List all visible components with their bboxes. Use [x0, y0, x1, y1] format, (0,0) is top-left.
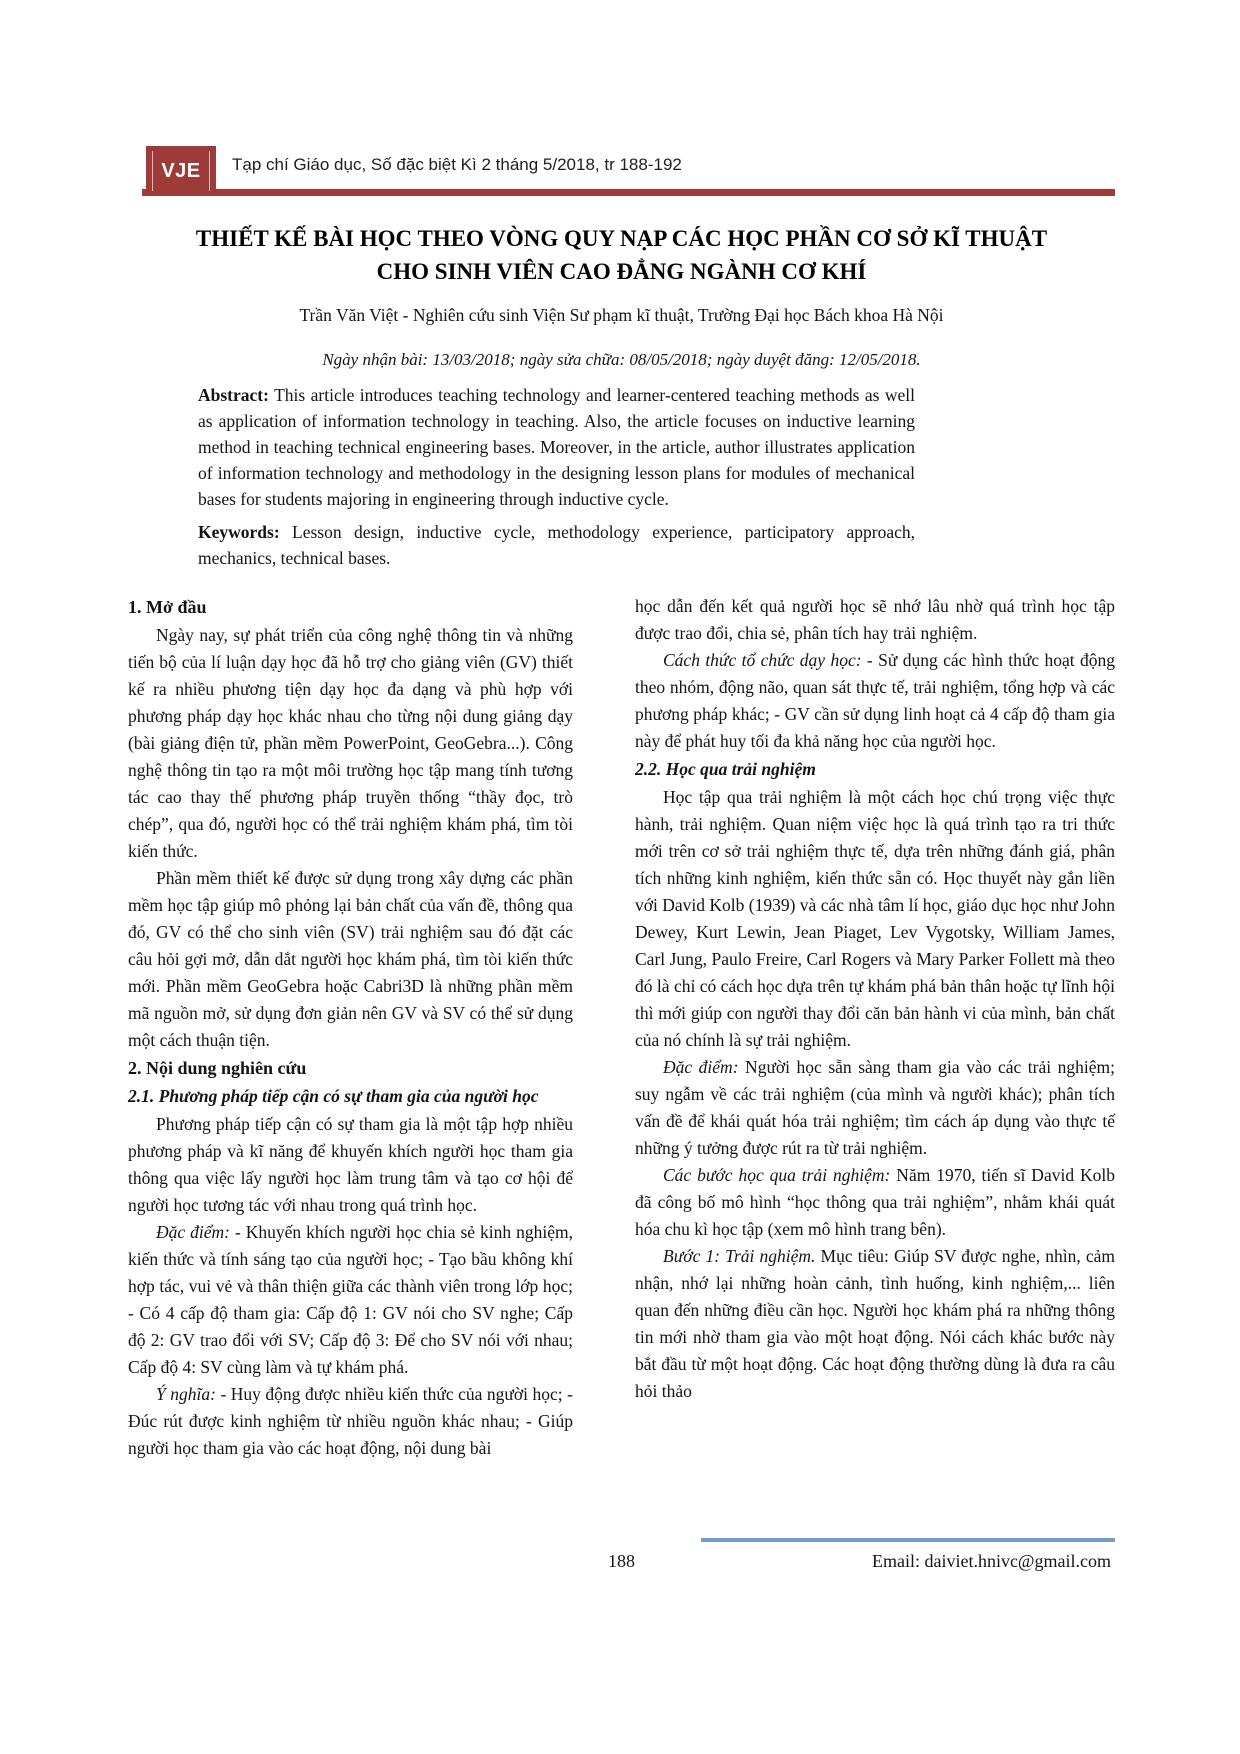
paragraph: Đặc điểm: Người học sẵn sàng tham gia và…: [635, 1054, 1115, 1162]
paragraph-continuation: học dẫn đến kết quả người học sẽ nhớ lâu…: [635, 593, 1115, 647]
paragraph-lead: Đặc điểm:: [663, 1057, 739, 1077]
vje-logo-text: VJE: [152, 151, 210, 191]
header-rule: [142, 189, 1115, 196]
paragraph-lead: Bước 1: Trải nghiệm.: [663, 1246, 815, 1266]
abstract-paragraph: Abstract: This article introduces teachi…: [198, 382, 915, 512]
abstract-block: Abstract: This article introduces teachi…: [198, 382, 915, 571]
paragraph-text: Mục tiêu: Giúp SV được nghe, nhìn, cảm n…: [635, 1246, 1115, 1401]
body-columns: 1. Mở đầu Ngày nay, sự phát triển của cô…: [128, 593, 1115, 1462]
paragraph: Đặc điểm: - Khuyến khích người học chia …: [128, 1219, 573, 1381]
paragraph: Phần mềm thiết kế được sử dụng trong xây…: [128, 865, 573, 1054]
section-1-heading: 1. Mở đầu: [128, 594, 573, 621]
article-title-line1: THIẾT KẾ BÀI HỌC THEO VÒNG QUY NẠP CÁC H…: [128, 222, 1115, 255]
section-2-2-heading: 2.2. Học qua trải nghiệm: [635, 756, 1115, 783]
footer-rule: [701, 1538, 1115, 1542]
journal-page: VJE Tạp chí Giáo dục, Số đặc biệt Kì 2 t…: [0, 0, 1240, 1754]
contact-email: Email: daiviet.hnivc@gmail.com: [872, 1551, 1111, 1572]
journal-citation-line: Tạp chí Giáo dục, Số đặc biệt Kì 2 tháng…: [232, 155, 682, 175]
paragraph: Học tập qua trải nghiệm là một cách học …: [635, 784, 1115, 1054]
article-title-line2: CHO SINH VIÊN CAO ĐẲNG NGÀNH CƠ KHÍ: [128, 255, 1115, 288]
paragraph: Các bước học qua trải nghiệm: Năm 1970, …: [635, 1162, 1115, 1243]
paragraph: Ý nghĩa: - Huy động được nhiều kiến thức…: [128, 1381, 573, 1462]
paragraph: Ngày nay, sự phát triển của công nghệ th…: [128, 622, 573, 865]
keywords-text: Lesson design, inductive cycle, methodol…: [198, 522, 915, 568]
keywords-paragraph: Keywords: Lesson design, inductive cycle…: [198, 519, 915, 571]
left-column: 1. Mở đầu Ngày nay, sự phát triển của cô…: [128, 593, 573, 1462]
paragraph-lead: Cách thức tổ chức dạy học:: [663, 650, 862, 670]
abstract-label: Abstract:: [198, 385, 269, 405]
paragraph-lead: Các bước học qua trải nghiệm:: [663, 1165, 890, 1185]
section-2-heading: 2. Nội dung nghiên cứu: [128, 1055, 573, 1082]
page-footer: 188 Email: daiviet.hnivc@gmail.com: [128, 1538, 1115, 1598]
paragraph-lead: Ý nghĩa:: [156, 1384, 216, 1404]
author-line: Trần Văn Việt - Nghiên cứu sinh Viện Sư …: [128, 305, 1115, 326]
paragraph: Bước 1: Trải nghiệm. Mục tiêu: Giúp SV đ…: [635, 1243, 1115, 1405]
paragraph: Phương pháp tiếp cận có sự tham gia là m…: [128, 1111, 573, 1219]
article-title: THIẾT KẾ BÀI HỌC THEO VÒNG QUY NẠP CÁC H…: [128, 222, 1115, 288]
journal-header: VJE Tạp chí Giáo dục, Số đặc biệt Kì 2 t…: [128, 138, 1115, 196]
paragraph: Cách thức tổ chức dạy học: - Sử dụng các…: [635, 647, 1115, 755]
page-content: VJE Tạp chí Giáo dục, Số đặc biệt Kì 2 t…: [128, 138, 1115, 1462]
vje-logo: VJE: [146, 146, 216, 196]
paragraph-text: - Khuyến khích người học chia sẻ kinh ng…: [128, 1222, 573, 1377]
dates-line: Ngày nhận bài: 13/03/2018; ngày sửa chữa…: [128, 350, 1115, 370]
abstract-text: This article introduces teaching technol…: [198, 385, 915, 509]
section-2-1-heading: 2.1. Phương pháp tiếp cận có sự tham gia…: [128, 1083, 573, 1110]
keywords-label: Keywords:: [198, 522, 280, 542]
right-column: học dẫn đến kết quả người học sẽ nhớ lâu…: [635, 593, 1115, 1462]
paragraph-lead: Đặc điểm:: [156, 1222, 230, 1242]
